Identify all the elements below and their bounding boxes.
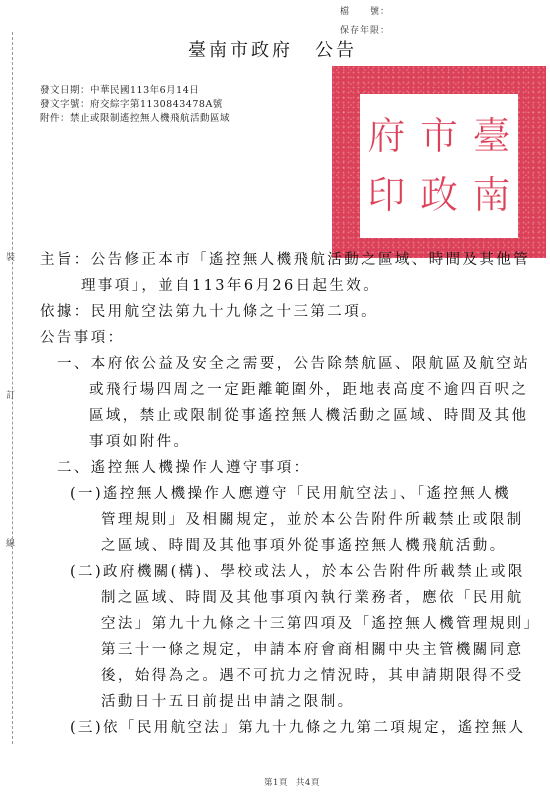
seal-char: 印: [367, 166, 405, 225]
item-2-2-line: 活動日十五日前提出申請之限制。: [101, 690, 355, 711]
subject-line-cont: 理事項」，並自113年6月26日起生效。: [81, 274, 380, 295]
page-number: 第1頁: [264, 778, 288, 788]
official-seal: 臺 南 市 政 府 印: [332, 66, 546, 258]
item-1-line: 事項如附件。: [89, 430, 190, 451]
doc-number: 發文字號：府交綜字第1130843478A號: [40, 96, 223, 110]
page-footer: 第1頁共4頁: [264, 776, 320, 788]
seal-inner: 臺 南 市 政 府 印: [360, 94, 518, 238]
seal-char: 市: [420, 107, 458, 166]
seal-column-3: 府 印: [367, 107, 405, 225]
attachment-line: 附件：禁止或限制遙控無人機飛航活動區域: [40, 110, 230, 124]
file-number-label: 檔 號：: [340, 4, 390, 17]
item-2-3-line: (三)依「民用航空法」第九十九條之九第二項規定，遙控無人: [70, 716, 526, 737]
item-1-line: 或飛行場四周之一定距離範圍外，距地表高度不逾四百呎之: [89, 378, 528, 399]
item-1-line: 一、本府依公益及安全之需要，公告除禁航區、限航區及航空站: [57, 352, 530, 373]
seal-column-2: 市 政: [420, 107, 458, 225]
item-2-1-line: 之區域、時間及其他事項外從事遙控無人機飛航活動。: [101, 534, 507, 555]
binding-label-ding: 訂: [6, 388, 15, 401]
seal-char: 臺: [473, 107, 511, 166]
seal-char: 政: [420, 166, 458, 225]
item-2-1-line: 管理規則」及相關規定，並於本公告附件所載禁止或限制: [101, 508, 524, 529]
seal-char: 府: [367, 107, 405, 166]
retention-label: 保存年限：: [340, 23, 390, 36]
issue-date: 發文日期：中華民國113年6月14日: [40, 82, 199, 96]
item-2-2-line: 空法」第九十九條之十三第四項及「遙控無人機管理規則」: [101, 612, 540, 633]
announcement-heading: 公告事項：: [40, 326, 125, 347]
item-2-2-line: 制之區域、時間及其他事項內執行業務者，應依「民用航: [101, 586, 524, 607]
binding-label-xian: 線: [6, 536, 15, 549]
item-2-2-line: 後，始得為之。遇不可抗力之情況時，其申請期限得不受: [101, 664, 524, 685]
doc-type: 公告: [315, 40, 357, 61]
subject-line: 主旨：公告修正本市「遙控無人機飛航活動之區域、時間及其他管: [40, 248, 530, 269]
page-total: 共4頁: [296, 778, 320, 788]
binding-label-zhuang: 裝: [6, 250, 15, 263]
item-1-line: 區域，禁止或限制從事遙控無人機活動之區域、時間及其他: [89, 404, 528, 425]
item-2-heading: 二、遙控無人機操作人遵守事項：: [57, 456, 311, 477]
basis-line: 依據：民用航空法第九十九條之十三第二項。: [40, 300, 378, 321]
item-2-2-line: (二)政府機關(構)、學校或法人，於本公告附件所載禁止或限: [70, 560, 525, 581]
page-title: 臺南市政府公告: [188, 36, 357, 62]
seal-char: 南: [473, 166, 511, 225]
agency-name: 臺南市政府: [188, 40, 293, 61]
item-2-2-line: 第三十一條之規定，申請本府會商相關中央主管機關同意: [101, 638, 524, 659]
item-2-1-line: (一)遙控無人機操作人應遵守「民用航空法」、「遙控無人機: [70, 482, 511, 503]
seal-column-1: 臺 南: [473, 107, 511, 225]
